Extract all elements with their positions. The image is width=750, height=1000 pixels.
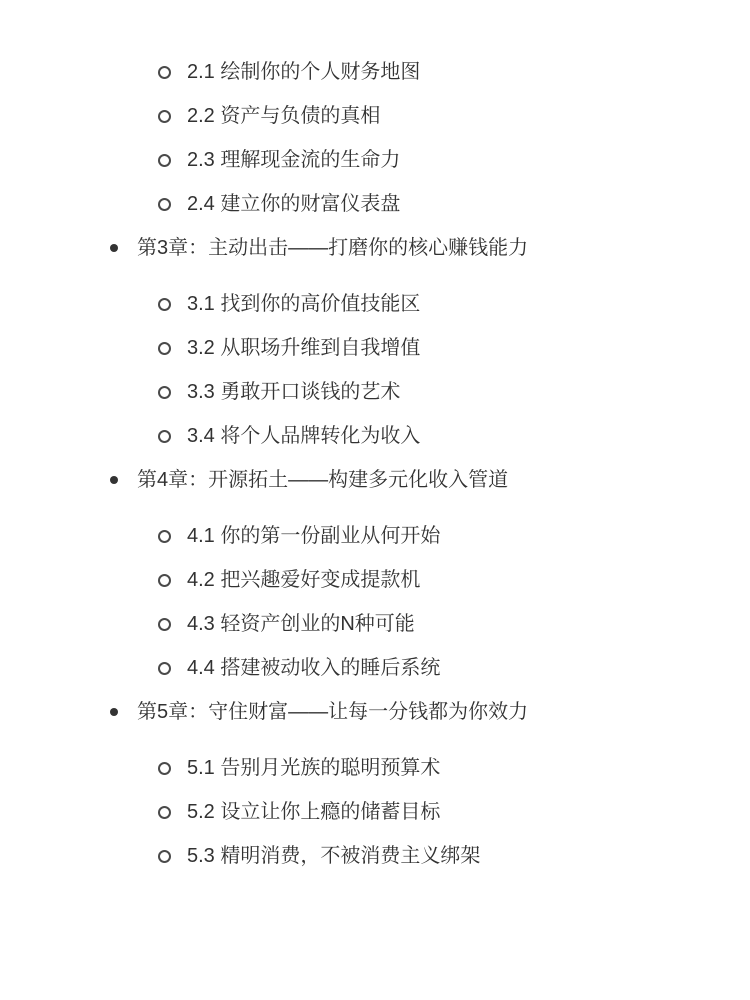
toc-item-label: 2.2 资产与负债的真相 xyxy=(187,102,380,130)
toc-item-4-1: 4.1 你的第一份副业从何开始 xyxy=(0,522,750,550)
toc-chapter-4: 第4章：开源拓土——构建多元化收入管道 xyxy=(0,466,750,494)
circle-bullet-icon xyxy=(152,110,187,123)
toc-chapter-label: 第5章：守住财富——让每一分钱都为你效力 xyxy=(137,698,528,726)
toc-item-label: 4.4 搭建被动收入的睡后系统 xyxy=(187,654,440,682)
disc-bullet-icon xyxy=(108,476,137,484)
circle-bullet-icon xyxy=(152,298,187,311)
toc-item-label: 3.4 将个人品牌转化为收入 xyxy=(187,422,420,450)
toc-item-2-3: 2.3 理解现金流的生命力 xyxy=(0,146,750,174)
toc-item-3-4: 3.4 将个人品牌转化为收入 xyxy=(0,422,750,450)
toc-item-label: 5.3 精明消费，不被消费主义绑架 xyxy=(187,842,480,870)
toc-item-label: 2.1 绘制你的个人财务地图 xyxy=(187,58,420,86)
toc-item-label: 4.2 把兴趣爱好变成提款机 xyxy=(187,566,420,594)
toc-item-label: 4.1 你的第一份副业从何开始 xyxy=(187,522,440,550)
toc-item-4-3: 4.3 轻资产创业的N种可能 xyxy=(0,610,750,638)
circle-bullet-icon xyxy=(152,386,187,399)
toc-item-label: 5.2 设立让你上瘾的储蓄目标 xyxy=(187,798,440,826)
toc-item-2-2: 2.2 资产与负债的真相 xyxy=(0,102,750,130)
toc-chapter-label: 第3章：主动出击——打磨你的核心赚钱能力 xyxy=(137,234,528,262)
toc-item-3-2: 3.2 从职场升维到自我增值 xyxy=(0,334,750,362)
circle-bullet-icon xyxy=(152,154,187,167)
toc-item-2-1: 2.1 绘制你的个人财务地图 xyxy=(0,58,750,86)
toc-chapter-label: 第4章：开源拓土——构建多元化收入管道 xyxy=(137,466,508,494)
circle-bullet-icon xyxy=(152,618,187,631)
toc-item-label: 3.3 勇敢开口谈钱的艺术 xyxy=(187,378,400,406)
toc-item-4-4: 4.4 搭建被动收入的睡后系统 xyxy=(0,654,750,682)
toc-item-3-3: 3.3 勇敢开口谈钱的艺术 xyxy=(0,378,750,406)
toc-item-label: 2.4 建立你的财富仪表盘 xyxy=(187,190,400,218)
toc-item-label: 3.1 找到你的高价值技能区 xyxy=(187,290,420,318)
toc-item-3-1: 3.1 找到你的高价值技能区 xyxy=(0,290,750,318)
toc-item-4-2: 4.2 把兴趣爱好变成提款机 xyxy=(0,566,750,594)
toc-item-label: 3.2 从职场升维到自我增值 xyxy=(187,334,420,362)
circle-bullet-icon xyxy=(152,850,187,863)
circle-bullet-icon xyxy=(152,342,187,355)
toc-chapter-5: 第5章：守住财富——让每一分钱都为你效力 xyxy=(0,698,750,726)
circle-bullet-icon xyxy=(152,430,187,443)
circle-bullet-icon xyxy=(152,66,187,79)
toc-item-2-4: 2.4 建立你的财富仪表盘 xyxy=(0,190,750,218)
toc-chapter-3: 第3章：主动出击——打磨你的核心赚钱能力 xyxy=(0,234,750,262)
circle-bullet-icon xyxy=(152,198,187,211)
toc-item-label: 2.3 理解现金流的生命力 xyxy=(187,146,400,174)
circle-bullet-icon xyxy=(152,662,187,675)
toc-item-5-3: 5.3 精明消费，不被消费主义绑架 xyxy=(0,842,750,870)
table-of-contents: 2.1 绘制你的个人财务地图 2.2 资产与负债的真相 2.3 理解现金流的生命… xyxy=(0,0,750,870)
toc-item-label: 5.1 告别月光族的聪明预算术 xyxy=(187,754,440,782)
circle-bullet-icon xyxy=(152,806,187,819)
disc-bullet-icon xyxy=(108,244,137,252)
circle-bullet-icon xyxy=(152,762,187,775)
toc-item-5-2: 5.2 设立让你上瘾的储蓄目标 xyxy=(0,798,750,826)
disc-bullet-icon xyxy=(108,708,137,716)
toc-item-5-1: 5.1 告别月光族的聪明预算术 xyxy=(0,754,750,782)
toc-item-label: 4.3 轻资产创业的N种可能 xyxy=(187,610,415,638)
circle-bullet-icon xyxy=(152,574,187,587)
circle-bullet-icon xyxy=(152,530,187,543)
